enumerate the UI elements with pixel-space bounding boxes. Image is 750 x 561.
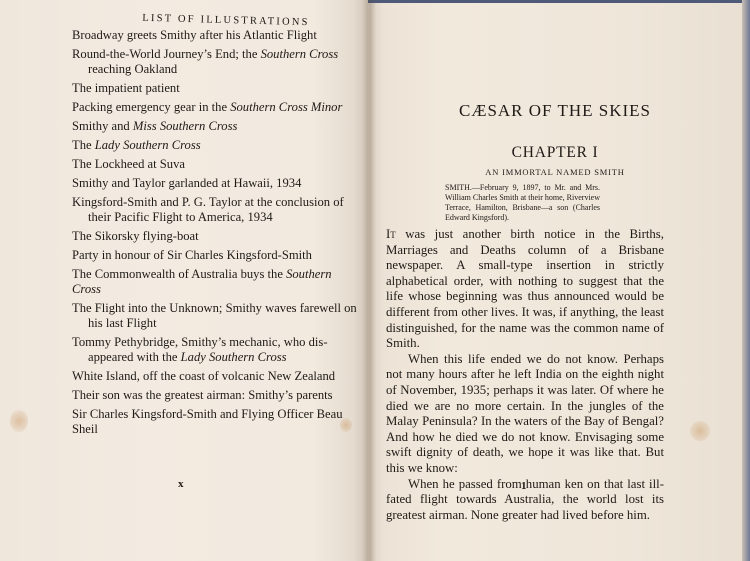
- list-item: Packing emergency gear in the Southern C…: [72, 100, 357, 115]
- open-book-spread: LIST OF ILLUSTRATIONS Broadway greets Sm…: [0, 0, 750, 561]
- list-item: Kingsford-Smith and P. G. Taylor at the …: [72, 195, 357, 225]
- page-number: x: [178, 478, 184, 490]
- list-item: The Lady Southern Cross: [72, 138, 357, 153]
- chapter-body: It was just another birth notice in the …: [386, 227, 664, 523]
- list-item: Round-the-World Journey’s End; the South…: [72, 47, 357, 77]
- illustrations-heading: LIST OF ILLUSTRATIONS: [96, 12, 356, 30]
- paragraph: When this life ended we do not know. Per…: [386, 352, 664, 477]
- list-item: Smithy and Taylor garlanded at Hawaii, 1…: [72, 176, 357, 191]
- page-edge: [742, 0, 750, 561]
- list-item: Tommy Pethybridge, Smithy’s mechanic, wh…: [72, 335, 357, 365]
- birth-notice: SMITH.—February 9, 1897, to Mr. and Mrs.…: [445, 183, 600, 223]
- foxing-stain: [690, 421, 710, 441]
- foxing-stain: [340, 418, 352, 432]
- list-item: The Lockheed at Suva: [72, 157, 357, 172]
- list-item: Sir Charles Kingsford-Smith and Flying O…: [72, 407, 357, 437]
- list-item: Smithy and Miss Southern Cross: [72, 119, 357, 134]
- list-item: The impatient patient: [72, 81, 357, 96]
- chapter-subtitle: AN IMMORTAL NAMED SMITH: [430, 167, 680, 177]
- book-title: CÆSAR OF THE SKIES: [430, 101, 680, 121]
- list-item: White Island, off the coast of volcanic …: [72, 369, 357, 384]
- illustrations-list: Broadway greets Smithy after his Atlanti…: [72, 28, 357, 441]
- list-item: The Sikorsky flying-boat: [72, 229, 357, 244]
- page-number: 1: [521, 480, 527, 492]
- chapter-title: CHAPTER I: [430, 144, 680, 162]
- list-item: The Commonwealth of Australia buys the S…: [72, 267, 357, 297]
- list-item: Their son was the greatest airman: Smith…: [72, 388, 357, 403]
- foxing-stain: [10, 410, 28, 432]
- list-item: Broadway greets Smithy after his Atlanti…: [72, 28, 357, 43]
- list-item: Party in honour of Sir Charles Kingsford…: [72, 248, 357, 263]
- left-page: LIST OF ILLUSTRATIONS Broadway greets Sm…: [0, 0, 368, 561]
- right-page: CÆSAR OF THE SKIES CHAPTER I AN IMMORTAL…: [368, 3, 743, 561]
- paragraph: It was just another birth notice in the …: [386, 227, 664, 352]
- list-item: The Flight into the Unknown; Smithy wave…: [72, 301, 357, 331]
- book-gutter: [362, 0, 376, 561]
